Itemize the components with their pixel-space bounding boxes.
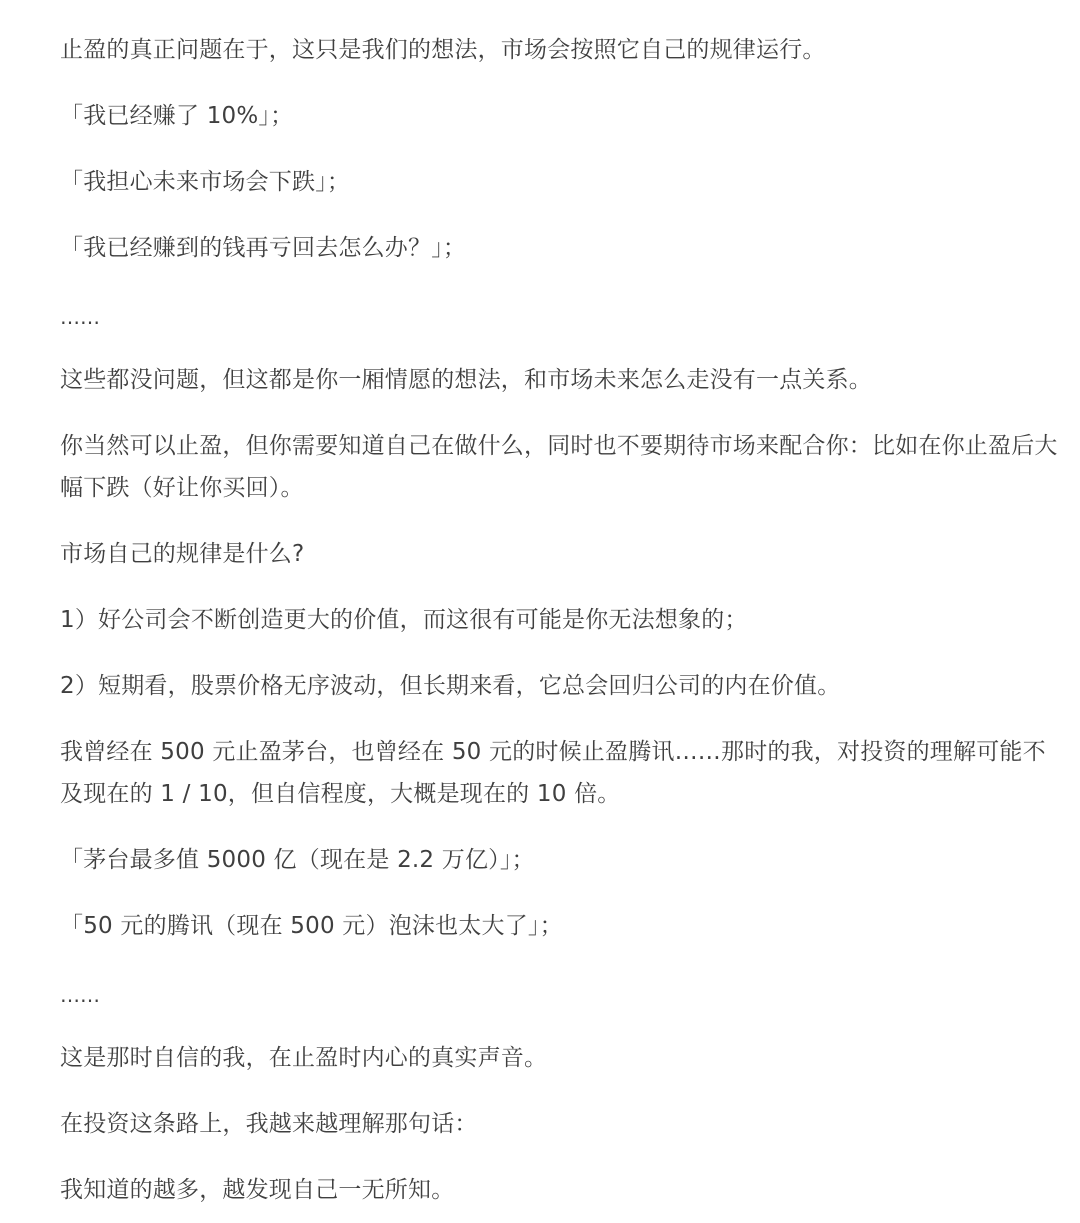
paragraph-you-can-take-profit: 你当然可以止盈，但你需要知道自己在做什么，同时也不要期待市场来配合你：比如在你止… — [60, 425, 1060, 509]
list-item-rule-1: 1）好公司会不断创造更大的价值，而这很有可能是你无法想象的； — [60, 599, 1060, 641]
article-body: 止盈的真正问题在于，这只是我们的想法，市场会按照它自己的规律运行。 「我已经赚了… — [0, 0, 1080, 1223]
paragraph-problem-statement: 止盈的真正问题在于，这只是我们的想法，市场会按照它自己的规律运行。 — [60, 29, 1060, 71]
paragraph-conclusion: 我知道的越多，越发现自己一无所知。 — [60, 1169, 1060, 1211]
quote-moutai-valuation: 「茅台最多值 5000 亿（现在是 2.2 万亿）」； — [60, 839, 1060, 881]
ellipsis-2: …… — [60, 974, 1060, 1016]
quote-tencent-bubble: 「50 元的腾讯（现在 500 元）泡沫也太大了」； — [60, 905, 1060, 947]
ellipsis-1: …… — [60, 296, 1060, 338]
paragraph-wishful-thinking: 这些都没问题，但这都是你一厢情愿的想法，和市场未来怎么走没有一点关系。 — [60, 359, 1060, 401]
paragraph-market-rules-question: 市场自己的规律是什么? — [60, 533, 1060, 575]
paragraph-personal-experience: 我曾经在 500 元止盈茅台，也曾经在 50 元的时候止盈腾讯……那时的我，对投… — [60, 731, 1060, 815]
quote-worry-market-drop: 「我担心未来市场会下跌」； — [60, 161, 1060, 203]
quote-lose-gains: 「我已经赚到的钱再亏回去怎么办？」； — [60, 227, 1060, 269]
paragraph-investment-road: 在投资这条路上，我越来越理解那句话： — [60, 1103, 1060, 1145]
paragraph-inner-voice: 这是那时自信的我，在止盈时内心的真实声音。 — [60, 1037, 1060, 1079]
quote-earned-ten-percent: 「我已经赚了 10%」； — [60, 95, 1060, 137]
list-item-rule-2: 2）短期看，股票价格无序波动，但长期来看，它总会回归公司的内在价值。 — [60, 665, 1060, 707]
